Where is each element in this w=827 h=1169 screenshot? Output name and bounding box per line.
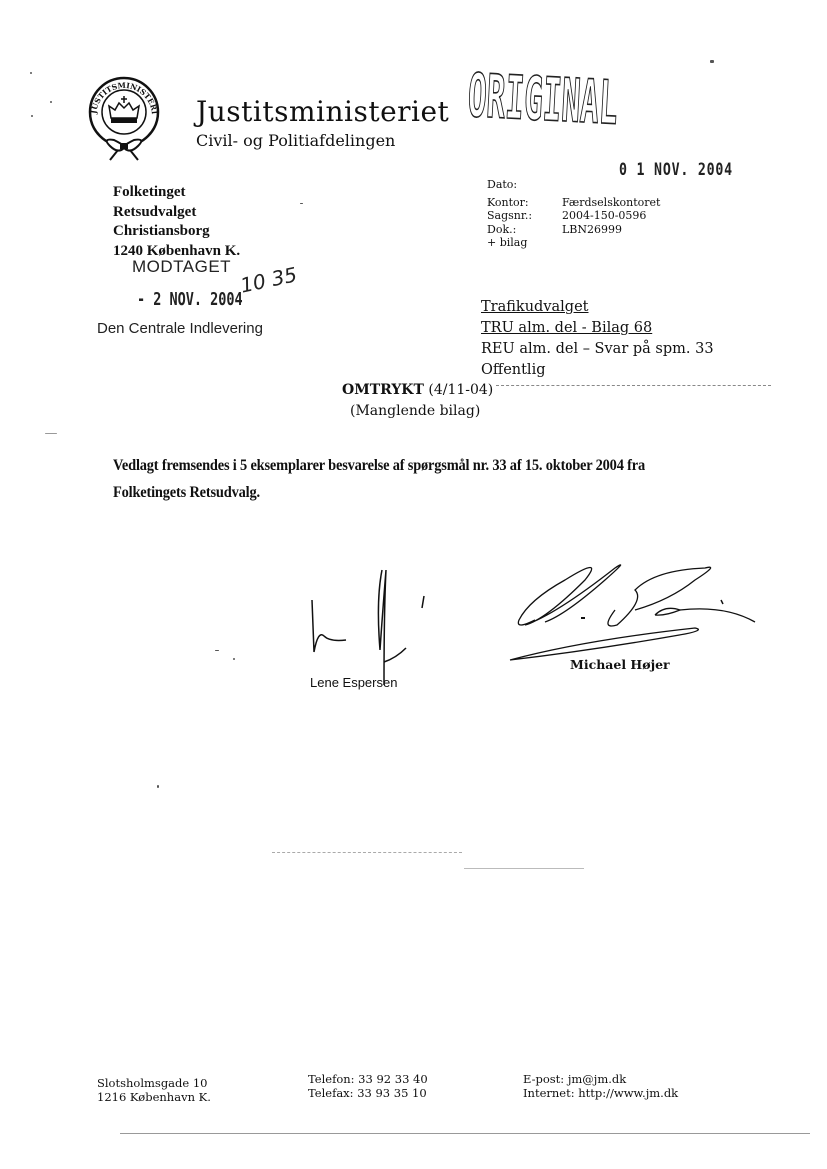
reprint-label: OMTRYKT — [342, 382, 424, 398]
central-filing-label: Den Centrale Indlevering — [97, 320, 263, 337]
original-stamp: ORIGINAL — [466, 62, 626, 134]
scan-line — [272, 852, 462, 853]
scan-speck — [233, 658, 235, 660]
reprint-date: (4/11-04) — [428, 382, 493, 398]
meta-row: Sagsnr.: 2004-150-0596 — [487, 209, 660, 223]
reprint-reason: (Manglende bilag) — [342, 401, 493, 422]
department-name: Civil- og Politiafdelingen — [196, 131, 395, 150]
reprint-note: OMTRYKT (4/11-04) (Manglende bilag) — [342, 380, 493, 422]
footer-web: E-post: jm@jm.dk Internet: http://www.jm… — [523, 1073, 678, 1100]
date-label: Dato: — [487, 178, 660, 192]
received-stamp-date: - 2 NOV. 2004 — [137, 289, 243, 310]
signature-michael-hoejer — [505, 550, 760, 670]
scan-line — [464, 868, 584, 869]
received-time-handwritten: 10 35 — [238, 262, 299, 297]
divider — [496, 385, 771, 387]
footer-phone: Telefon: 33 92 33 40 Telefax: 33 93 35 1… — [308, 1073, 428, 1100]
svg-text:ORIGINAL: ORIGINAL — [466, 62, 619, 134]
ministry-title: Justitsministeriet — [196, 95, 449, 128]
received-stamp-label: MODTAGET — [132, 257, 231, 277]
date-stamp: 0 1 NOV. 2004 — [619, 160, 733, 180]
footer-email[interactable]: E-post: jm@jm.dk — [523, 1073, 678, 1087]
signer-name-right: Michael Højer — [570, 657, 670, 672]
footer-address: Slotsholmsgade 10 1216 København K. — [97, 1077, 211, 1104]
scan-speck — [30, 72, 32, 74]
footer-divider — [120, 1133, 810, 1134]
attachment-note: + bilag — [487, 236, 660, 250]
scan-speck — [50, 101, 52, 103]
signature-lene-espersen — [300, 560, 440, 690]
ministry-seal-icon: JUSTITSMINISTERIET — [84, 74, 166, 164]
document-meta: Dato: Kontor: Færdselskontoret Sagsnr.: … — [487, 178, 660, 250]
scan-speck — [45, 433, 57, 434]
meta-row: Kontor: Færdselskontoret — [487, 196, 660, 210]
letter-body: Vedlagt fremsendes i 5 eksemplarer besva… — [113, 452, 690, 506]
signer-name-left: Lene Espersen — [310, 675, 397, 690]
recipient-address: Folketinget Retsudvalget Christiansborg … — [113, 183, 240, 261]
scan-speck — [157, 785, 159, 788]
scan-speck — [31, 115, 33, 117]
scan-speck — [300, 203, 303, 204]
meta-row: Dok.: LBN26999 — [487, 223, 660, 237]
scan-speck — [215, 650, 219, 651]
scan-speck — [710, 60, 714, 63]
committee-references: Trafikudvalget TRU alm. del - Bilag 68 R… — [481, 297, 714, 381]
footer-website[interactable]: Internet: http://www.jm.dk — [523, 1087, 678, 1101]
